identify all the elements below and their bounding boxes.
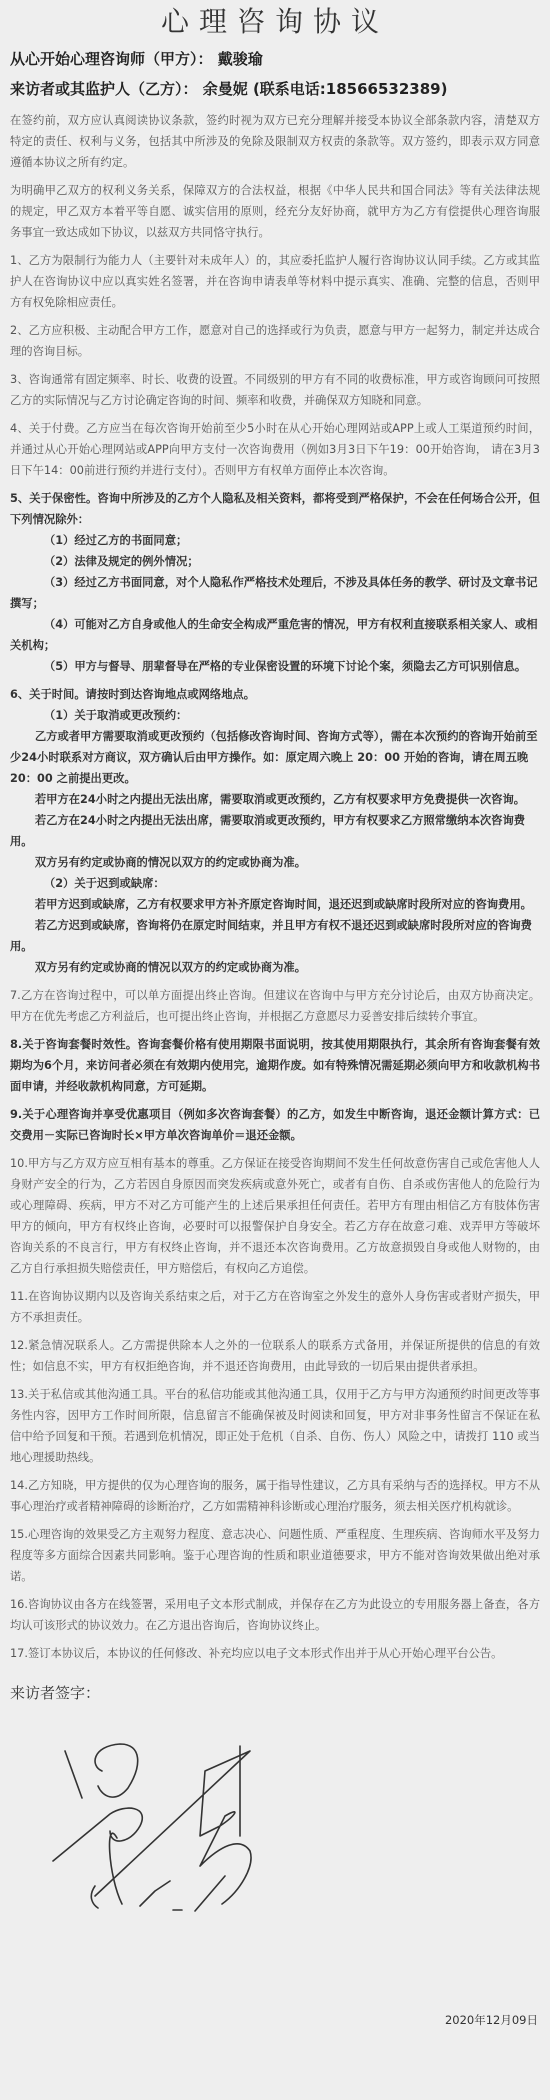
party-b-line: 来访者或其监护人（乙方）： 余曼妮 (联系电话:18566532389)	[10, 74, 540, 104]
clause-6-sub1-para-2: 若甲方在24小时之内提出无法出席，需要取消或更改预约，乙方有权要求甲方免费提供一…	[10, 789, 540, 810]
clause-14: 14.乙方知晓，甲方提供的仅为心理咨询的服务，属于指导性建议，乙方具有采纳与否的…	[10, 1475, 540, 1517]
agreement-page: 心理咨询协议 从心开始心理咨询师（甲方）： 戴骏瑜 来访者或其监护人（乙方）： …	[0, 0, 550, 2100]
clause-6-sub2-para-3: 双方另有约定或协商的情况以双方的约定或协商为准。	[10, 957, 540, 978]
handwritten-signature-icon	[10, 1726, 310, 1926]
clause-6-lead: 6、关于时间。请按时到达咨询地点或网络地点。	[10, 684, 540, 705]
clause-5-item-1: （1）经过乙方的书面同意；	[10, 530, 540, 551]
clause-15: 15.心理咨询的效果受乙方主观努力程度、意志决心、问题性质、严重程度、生理疾病、…	[10, 1524, 540, 1587]
clause-5-item-5: （5）甲方与督导、朋辈督导在严格的专业保密设置的环境下讨论个案，须隐去乙方可识别…	[10, 656, 540, 677]
intro-paragraph-1: 在签约前，双方应认真阅读协议条款，签约时视为双方已充分理解并接受本协议全部条款内…	[10, 110, 540, 173]
clause-16: 16.咨询协议由各方在线签署，采用电子文本形式制成，并保存在乙方为此设立的专用服…	[10, 1594, 540, 1636]
clause-6-sub1-para-4: 双方另有约定或协商的情况以双方的约定或协商为准。	[10, 852, 540, 873]
clause-9: 9.关于心理咨询并享受优惠项目（例如多次咨询套餐）的乙方，如发生中断咨询，退还金…	[10, 1104, 540, 1146]
clause-4: 4、关于付费。乙方应当在每次咨询开始前至少5小时在从心开始心理网站或APP上或人…	[10, 418, 540, 481]
signature-image	[10, 1726, 310, 1926]
clause-6-sub1-para-3: 若乙方在24小时之内提出无法出席，需要取消或更改预约，甲方有权要求乙方照常缴纳本…	[10, 810, 540, 852]
clause-10: 10.甲方与乙方双方应互相有基本的尊重。乙方保证在接受咨询期间不发生任何故意伤害…	[10, 1153, 540, 1279]
clause-1: 1、乙方为限制行为能力人（主要针对未成年人）的，其应委托监护人履行咨询协议认同手…	[10, 250, 540, 313]
intro-paragraph-2: 为明确甲乙双方的权利义务关系，保障双方的合法权益，根据《中华人民共和国合同法》等…	[10, 180, 540, 243]
clause-13: 13.关于私信或其他沟通工具。平台的私信功能或其他沟通工具，仅用于乙方与甲方沟通…	[10, 1384, 540, 1468]
clause-7: 7.乙方在咨询过程中，可以单方面提出终止咨询。但建议在咨询中与甲方充分讨论后，由…	[10, 985, 540, 1027]
clause-17: 17.签订本协议后，本协议的任何修改、补充均应以电子文本形式作出并于从心开始心理…	[10, 1643, 540, 1664]
clause-3: 3、咨询通常有固定频率、时长、收费的设置。不同级别的甲方有不同的收费标准，甲方或…	[10, 369, 540, 411]
signature-label: 来访者签字：	[10, 1682, 540, 1704]
clause-6-sub2-para-2: 若乙方迟到或缺席，咨询将仍在原定时间结束，并且甲方有权不退还迟到或缺席时段所对应…	[10, 915, 540, 957]
party-a-line: 从心开始心理咨询师（甲方）： 戴骏瑜	[10, 44, 540, 74]
clause-6-sub2-para-1: 若甲方迟到或缺席，乙方有权要求甲方补齐原定咨询时间，退还迟到或缺席时段所对应的咨…	[10, 894, 540, 915]
clause-5-item-3: （3）经过乙方书面同意，对个人隐私作严格技术处理后，不涉及具体任务的教学、研讨及…	[10, 572, 540, 614]
clause-8: 8.关于咨询套餐时效性。咨询套餐价格有使用期限书面说明，按其使用期限执行，其余所…	[10, 1034, 540, 1097]
clause-6-sub1-title: （1）关于取消或更改预约：	[10, 705, 540, 726]
clause-5-lead: 5、关于保密性。咨询中所涉及的乙方个人隐私及相关资料，都将受到严格保护，不会在任…	[10, 488, 540, 530]
clause-6-sub1-para-1: 乙方或者甲方需要取消或更改预约（包括修改咨询时间、咨询方式等），需在本次预约的咨…	[10, 726, 540, 789]
clause-11: 11.在咨询协议期内以及咨询关系结束之后，对于乙方在咨询室之外发生的意外人身伤害…	[10, 1286, 540, 1328]
clause-6-sub2-title: （2）关于迟到或缺席：	[10, 873, 540, 894]
signature-date: 2020年12月09日	[445, 2012, 538, 2028]
page-title: 心理咨询协议	[10, 0, 540, 44]
clause-12: 12.紧急情况联系人。乙方需提供除本人之外的一位联系人的联系方式备用，并保证所提…	[10, 1335, 540, 1377]
clause-5-item-2: （2）法律及规定的例外情况；	[10, 551, 540, 572]
clause-2: 2、乙方应积极、主动配合甲方工作，愿意对自己的选择或行为负责，愿意与甲方一起努力…	[10, 320, 540, 362]
clause-5-item-4: （4）可能对乙方自身或他人的生命安全构成严重危害的情况，甲方有权利直接联系相关家…	[10, 614, 540, 656]
